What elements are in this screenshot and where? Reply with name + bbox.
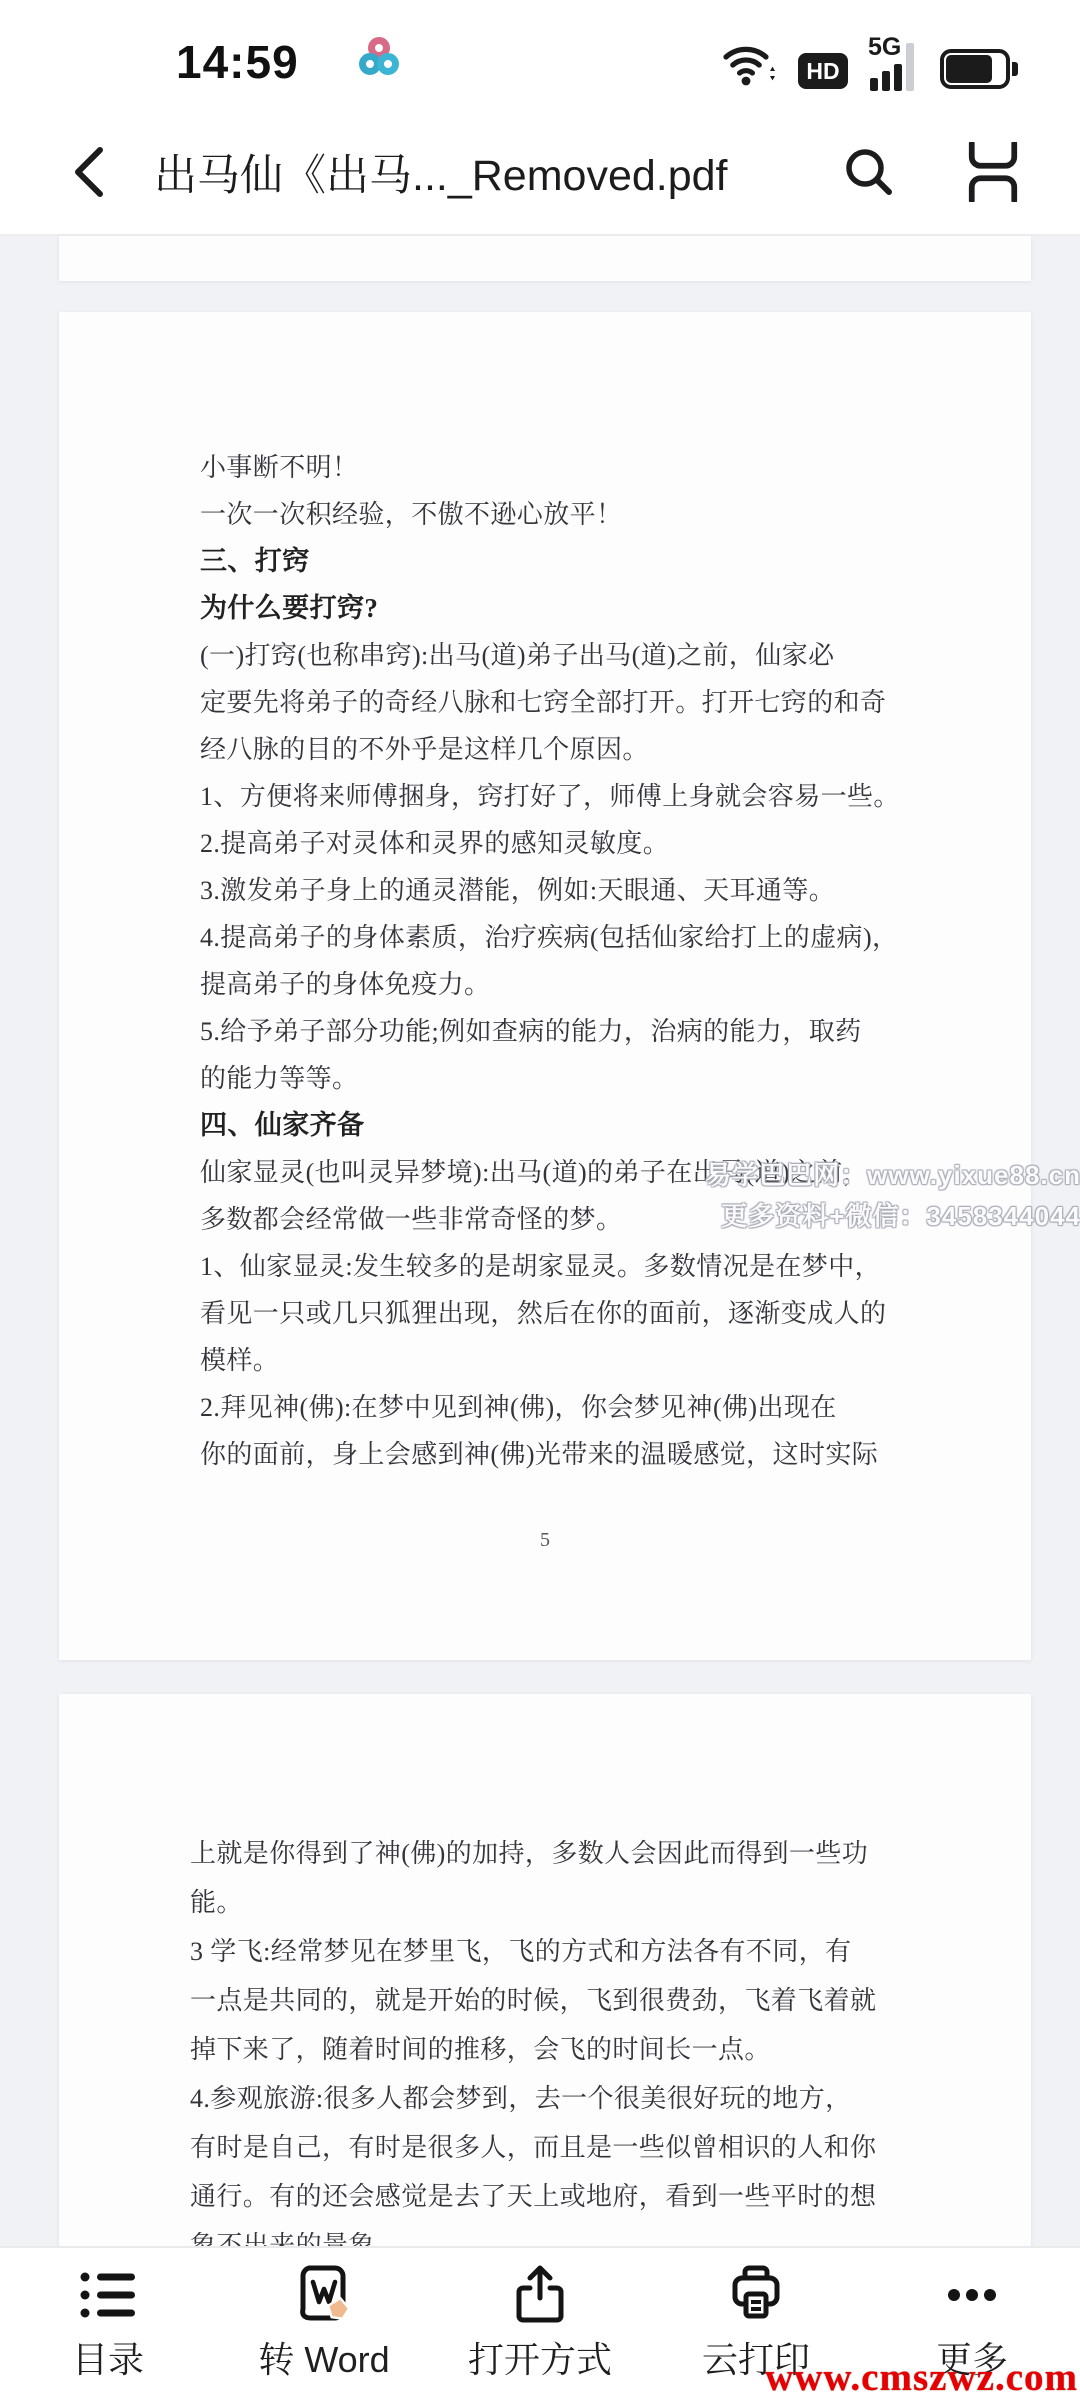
text-line: 4.提高弟子的身体素质，治疗疾病(包括仙家给打上的虚病)， (200, 914, 893, 961)
text-line: (一)打窍(也称串窍):出马(道)弟子出马(道)之前，仙家必 (200, 632, 893, 679)
toc-label: 目录 (72, 2332, 144, 2383)
wifi-icon (722, 39, 778, 91)
text-line: 象不出来的景象。 (190, 2221, 893, 2246)
more-dots-icon (939, 2262, 1005, 2328)
text-line: 一次一次积经验，不傲不逊心放平！ (200, 491, 893, 538)
open-with-label: 打开方式 (468, 2332, 612, 2383)
text-line: 2.拜见神(佛):在梦中见到神(佛)，你会梦见神(佛)出现在 (200, 1384, 893, 1431)
text-line: 有时是自己，有时是很多人，而且是一些似曾相识的人和你 (190, 2123, 893, 2172)
text-line: 你的面前，身上会感到神(佛)光带来的温暖感觉，这时实际 (200, 1431, 893, 1478)
yixue-watermark: 易学巴巴网：www.yixue88.cn 更多资料+微信：3458344044 (705, 1155, 1080, 1237)
app-rings-icon (359, 37, 403, 87)
back-button[interactable] (66, 142, 112, 202)
yixue-watermark-line2: 更多资料+微信：3458344044 (705, 1196, 1080, 1237)
convert-word-button[interactable]: 转 Word (216, 2248, 432, 2400)
document-title: 出马仙《出马..._Removed.pdf (154, 142, 840, 203)
text-line: 上就是你得到了神(佛)的加持，多数人会因此而得到一些功 (190, 1829, 893, 1878)
status-bar: 14:59 HD 5G (0, 0, 1080, 110)
text-line: 定要先将弟子的奇经八脉和七窍全部打开。打开七窍的和奇 (200, 679, 893, 726)
page-number: 5 (59, 1529, 1031, 1552)
text-line: 1、方便将来师傅捆身，窍打好了，师傅上身就会容易一些。 (200, 773, 893, 820)
text-line: 掉下来了，随着时间的推移，会飞的时间长一点。 (190, 2025, 893, 2074)
text-line: 1、仙家显灵:发生较多的是胡家显灵。多数情况是在梦中， (200, 1243, 893, 1290)
text-line: 小事断不明！ (200, 444, 893, 491)
page-5-text: 小事断不明！ 一次一次积经验，不傲不逊心放平！ 三、打窍 为什么要打窍? (一)… (200, 444, 893, 1478)
reflow-icon[interactable] (964, 142, 1022, 202)
text-line: 能。 (190, 1878, 893, 1927)
text-line: 提高弟子的身体免疫力。 (200, 961, 893, 1008)
open-with-button[interactable]: 打开方式 (432, 2248, 648, 2400)
site-watermark: www.cmszwz.com (765, 2355, 1078, 2400)
clock: 14:59 (176, 35, 299, 89)
page-6-text: 上就是你得到了神(佛)的加持，多数人会因此而得到一些功 能。 3 学飞:经常梦见… (190, 1829, 893, 2246)
cloud-print-icon (723, 2262, 789, 2328)
signal-5g-icon: 5G (868, 33, 920, 91)
nav-bar: 出马仙《出马..._Removed.pdf (0, 110, 1080, 236)
text-line: 为什么要打窍? (200, 585, 893, 632)
text-line: 的能力等等。 (200, 1055, 893, 1102)
text-line: 一点是共同的，就是开始的时候，飞到很费劲，飞着飞着就 (190, 1976, 893, 2025)
hd-badge: HD (798, 53, 848, 89)
toc-button[interactable]: 目录 (0, 2248, 216, 2400)
previous-page-edge (59, 236, 1031, 281)
text-line: 3.激发弟子身上的通灵潜能，例如:天眼通、天耳通等。 (200, 867, 893, 914)
pdf-page-5: 小事断不明！ 一次一次积经验，不傲不逊心放平！ 三、打窍 为什么要打窍? (一)… (59, 312, 1031, 1660)
convert-word-label: 转 Word (258, 2332, 389, 2383)
text-line: 经八脉的目的不外乎是这样几个原因。 (200, 726, 893, 773)
text-line: 四、仙家齐备 (200, 1102, 893, 1149)
text-line: 三、打窍 (200, 538, 893, 585)
text-line: 模样。 (200, 1337, 893, 1384)
pdf-page-6: 上就是你得到了神(佛)的加持，多数人会因此而得到一些功 能。 3 学飞:经常梦见… (59, 1694, 1031, 2246)
text-line: 通行。有的还会感觉是去了天上或地府，看到一些平时的想 (190, 2172, 893, 2221)
text-line: 5.给予弟子部分功能;例如查病的能力，治病的能力，取药 (200, 1008, 893, 1055)
text-line: 3 学飞:经常梦见在梦里飞，飞的方式和方法各有不同，有 (190, 1927, 893, 1976)
text-line: 4.参观旅游:很多人都会梦到，去一个很美很好玩的地方， (190, 2074, 893, 2123)
battery-icon (940, 49, 1018, 89)
pdf-scroll-area[interactable]: 小事断不明！ 一次一次积经验，不傲不逊心放平！ 三、打窍 为什么要打窍? (一)… (0, 236, 1080, 2246)
open-with-icon (507, 2262, 573, 2328)
search-icon[interactable] (840, 143, 898, 201)
text-line: 看见一只或几只狐狸出现，然后在你的面前，逐渐变成人的 (200, 1290, 893, 1337)
toc-icon (75, 2262, 141, 2328)
pdf-reader-screen: 14:59 HD 5G (0, 0, 1080, 2400)
convert-word-icon (291, 2262, 357, 2328)
yixue-watermark-line1: 易学巴巴网：www.yixue88.cn (705, 1155, 1080, 1196)
text-line: 2.提高弟子对灵体和灵界的感知灵敏度。 (200, 820, 893, 867)
